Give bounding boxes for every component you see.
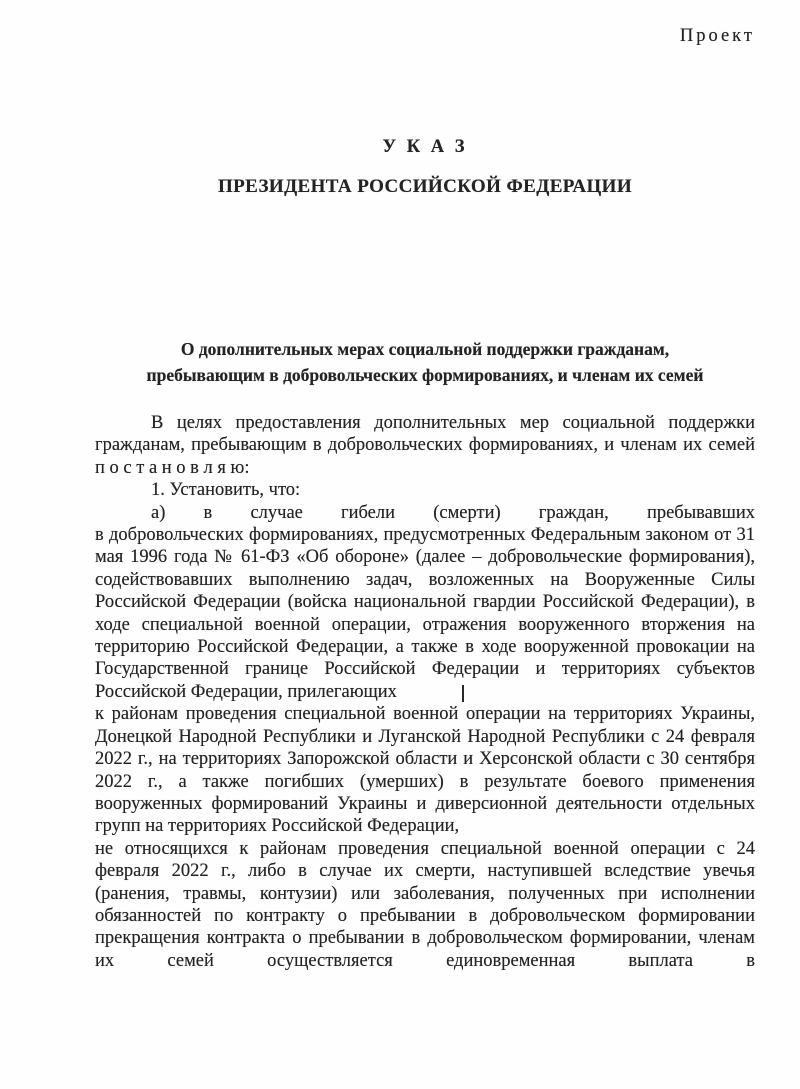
subitem-a-paragraph-part-4[interactable]: не относящихся к районам проведения спец… bbox=[95, 838, 755, 972]
decree-heading[interactable]: У К А З bbox=[95, 137, 755, 158]
decree-body: В целях предоставления дополнительных ме… bbox=[95, 412, 755, 972]
document-page: Проект У К А З ПРЕЗИДЕНТА РОССИЙСКОЙ ФЕД… bbox=[0, 0, 800, 1089]
text-cursor bbox=[462, 685, 464, 702]
decree-title-line-1: О дополнительных мерах социальной поддер… bbox=[95, 336, 755, 362]
item-1-paragraph[interactable]: 1. Установить, что: bbox=[95, 479, 755, 501]
subitem-a-paragraph-opening-line[interactable]: а) в случае гибели (смерти) граждан, пре… bbox=[95, 502, 755, 524]
decree-issuer-heading[interactable]: ПРЕЗИДЕНТА РОССИЙСКОЙ ФЕДЕРАЦИИ bbox=[95, 176, 755, 198]
decree-title-line-2: пребывающим в добровольческих формирован… bbox=[95, 362, 755, 388]
preamble-paragraph[interactable]: В целях предоставления дополнительных ме… bbox=[95, 412, 755, 479]
subitem-a-paragraph-part-2[interactable]: в добровольческих формированиях, предусм… bbox=[95, 524, 755, 703]
decree-title[interactable]: О дополнительных мерах социальной поддер… bbox=[95, 336, 755, 388]
draft-label: Проект bbox=[680, 26, 755, 47]
subitem-a-paragraph-part-3[interactable]: к районам проведения специальной военной… bbox=[95, 703, 755, 837]
